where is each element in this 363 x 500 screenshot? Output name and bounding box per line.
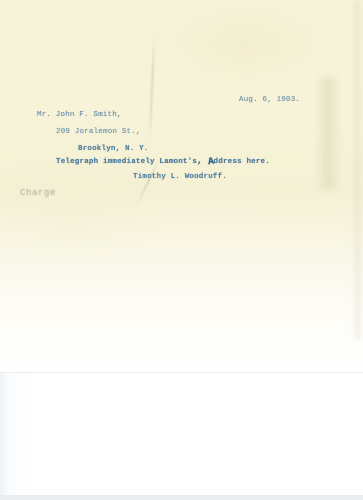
recipient-street-line: 209 Joralemon St.,: [56, 128, 141, 136]
scan-shadow-right: [316, 78, 342, 190]
letter-date: Aug. 6, 1903.: [239, 96, 300, 104]
recipient-city-line: Brooklyn, N. Y.: [78, 145, 149, 153]
body-typed-text: Telegraph immediately Lamont's: [56, 158, 197, 166]
recipient-name-line: Mr. John F. Smith,: [37, 111, 122, 119]
paper-sheet: [0, 0, 363, 373]
charge-notation: Charge: [20, 188, 56, 198]
paper-edge-shadow: [352, 0, 360, 340]
signature-line: Timothy L. Woodruff.: [133, 173, 227, 181]
scanned-document: Aug. 6, 1903. Mr. John F. Smith, 209 Jor…: [0, 0, 363, 500]
body-line: Telegraph immediately Lamont's, Address …: [56, 156, 270, 167]
handwritten-comma: ,: [197, 156, 203, 166]
body-typed-text-end: ddress here.: [214, 158, 270, 166]
